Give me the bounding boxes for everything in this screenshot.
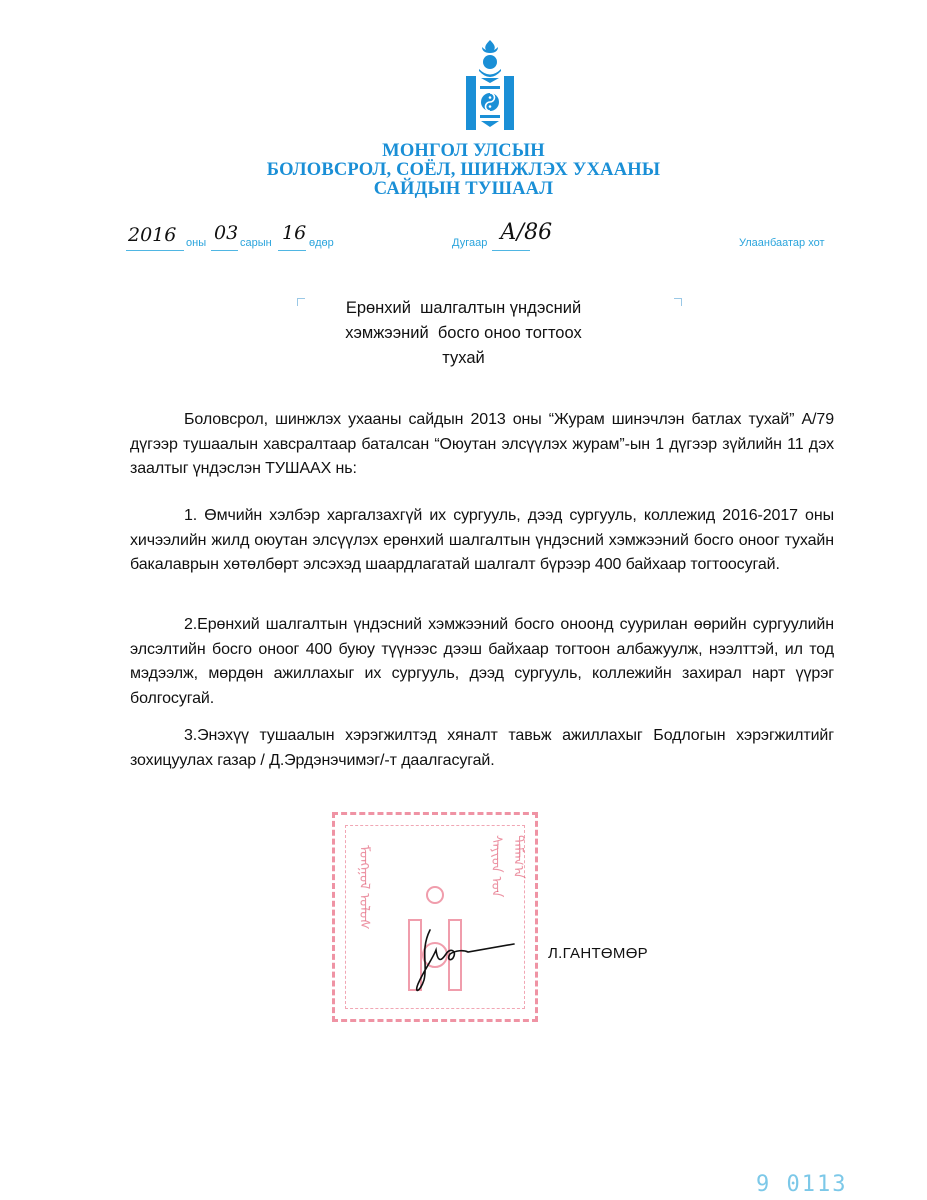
issuer-line-1: МОНГОЛ УЛСЫН bbox=[0, 142, 927, 161]
order-item-3: 3.Энэхүү тушаалын хэрэгжилтэд хяналт тав… bbox=[130, 724, 834, 773]
year-value: 2016 bbox=[128, 224, 176, 246]
order-item-3-text: 3.Энэхүү тушаалын хэрэгжилтэд хяналт тав… bbox=[130, 727, 834, 769]
document-serial-number: 9 0113 bbox=[756, 1172, 847, 1197]
day-value: 16 bbox=[282, 222, 306, 244]
title-line-3: тухай bbox=[0, 346, 927, 371]
handwritten-signature-icon bbox=[410, 920, 520, 1000]
order-item-2-text: 2.Ерөнхий шалгалтын үндэсний хэмжээний б… bbox=[130, 616, 834, 707]
month-value: 03 bbox=[214, 222, 238, 244]
date-number-line: 2016 оны 03 сарын 16 өдөр Дугаар А/86 Ул… bbox=[0, 226, 927, 256]
order-item-1-text: 1. Өмчийн хэлбэр харгалзахгүй их сургуул… bbox=[130, 507, 834, 573]
signatory-name: Л.ГАНТӨМӨР bbox=[548, 945, 648, 962]
document-title: Ерөнхий шалгалтын үндэсний хэмжээний бос… bbox=[0, 296, 927, 371]
order-item-1: 1. Өмчийн хэлбэр харгалзахгүй их сургуул… bbox=[130, 504, 834, 578]
title-line-1: Ерөнхий шалгалтын үндэсний bbox=[0, 296, 927, 321]
year-label: оны bbox=[186, 237, 206, 249]
issuer-line-2: БОЛОВСРОЛ, СОЁЛ, ШИНЖЛЭХ УХААНЫ bbox=[0, 161, 927, 180]
city-label: Улаанбаатар хот bbox=[739, 237, 825, 249]
title-line-2: хэмжээний босго оноо тогтоох bbox=[0, 321, 927, 346]
preamble-paragraph: Боловсрол, шинжлэх ухааны сайдын 2013 он… bbox=[130, 408, 834, 482]
month-label: сарын bbox=[240, 237, 272, 249]
day-label: өдөр bbox=[309, 237, 334, 249]
order-item-2: 2.Ерөнхий шалгалтын үндэсний хэмжээний б… bbox=[130, 613, 834, 711]
number-label: Дугаар bbox=[452, 237, 487, 249]
number-value: А/86 bbox=[500, 220, 552, 245]
issuer-heading: МОНГОЛ УЛСЫН БОЛОВСРОЛ, СОЁЛ, ШИНЖЛЭХ УХ… bbox=[0, 142, 927, 199]
soyombo-emblem-icon bbox=[462, 38, 518, 134]
preamble-text: Боловсрол, шинжлэх ухааны сайдын 2013 он… bbox=[130, 411, 834, 477]
issuer-line-3: САЙДЫН ТУШААЛ bbox=[0, 180, 927, 199]
